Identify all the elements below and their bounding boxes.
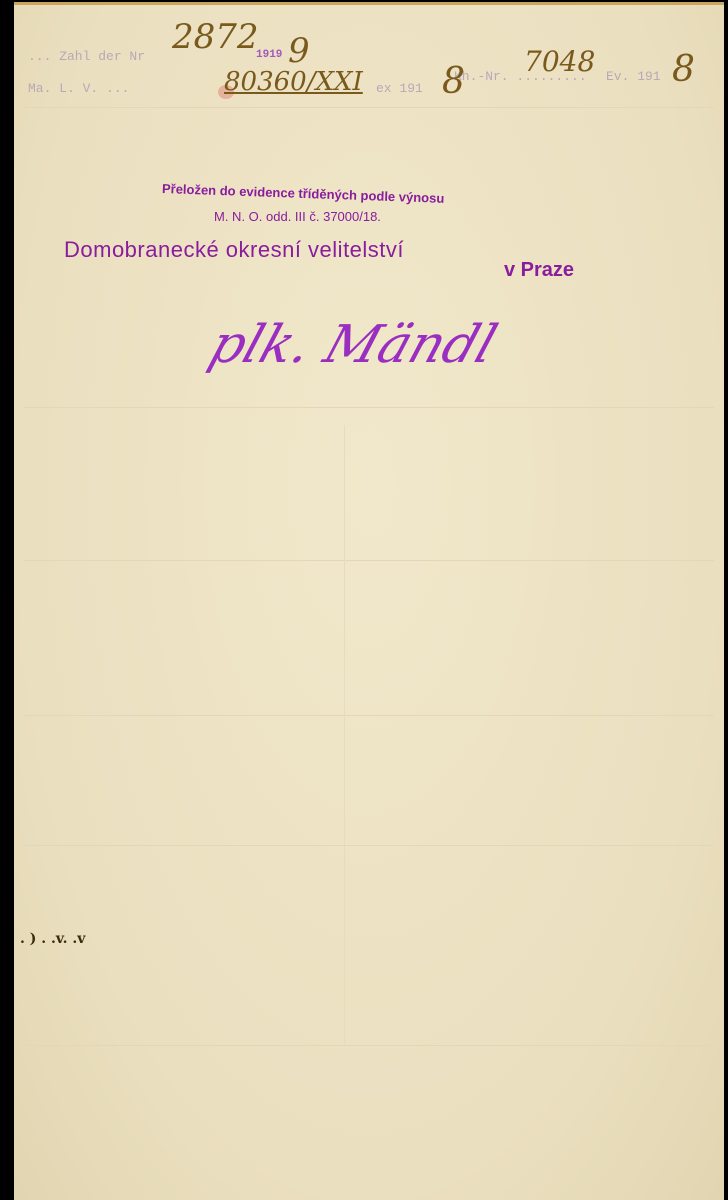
handwritten-registration-number: 7048 xyxy=(524,45,595,78)
handwritten-year-digit-mid: 8 xyxy=(442,61,465,102)
stamp-line-2: M. N. O. odd. III č. 37000/18. xyxy=(214,209,381,224)
form-rule xyxy=(24,1045,714,1046)
form-column-divider xyxy=(344,425,345,1045)
document-page: ... Zahl der Nr 1919 Ma. L. V. ... ex 19… xyxy=(14,2,724,1200)
form-rule xyxy=(24,107,714,108)
form-rule xyxy=(24,560,714,561)
signature: plk. Mändl xyxy=(202,315,504,375)
form-rule xyxy=(24,845,714,846)
header-ev-label: Ev. 191 xyxy=(606,69,661,84)
header-label-2: Ma. L. V. ... xyxy=(28,81,129,96)
form-rule xyxy=(24,715,714,716)
stamp-place: v Praze xyxy=(504,259,574,282)
handwritten-year-digit: 9 xyxy=(288,31,310,71)
stamp-line-1: Přeložen do evidence tříděných podle výn… xyxy=(162,181,445,206)
header-year-1: 1919 xyxy=(256,49,282,61)
header-ex-label: ex 191 xyxy=(376,81,423,96)
handwritten-number: 2872 xyxy=(172,17,259,57)
margin-marks: . ) . .v. .v xyxy=(20,931,85,947)
handwritten-reference: 80360/XXI xyxy=(224,67,363,97)
header-label-1: ... Zahl der Nr xyxy=(28,49,145,64)
form-rule xyxy=(24,407,714,408)
stamp-line-3: Domobranecké okresní velitelství xyxy=(64,237,404,263)
handwritten-year-digit-right: 8 xyxy=(672,49,695,90)
